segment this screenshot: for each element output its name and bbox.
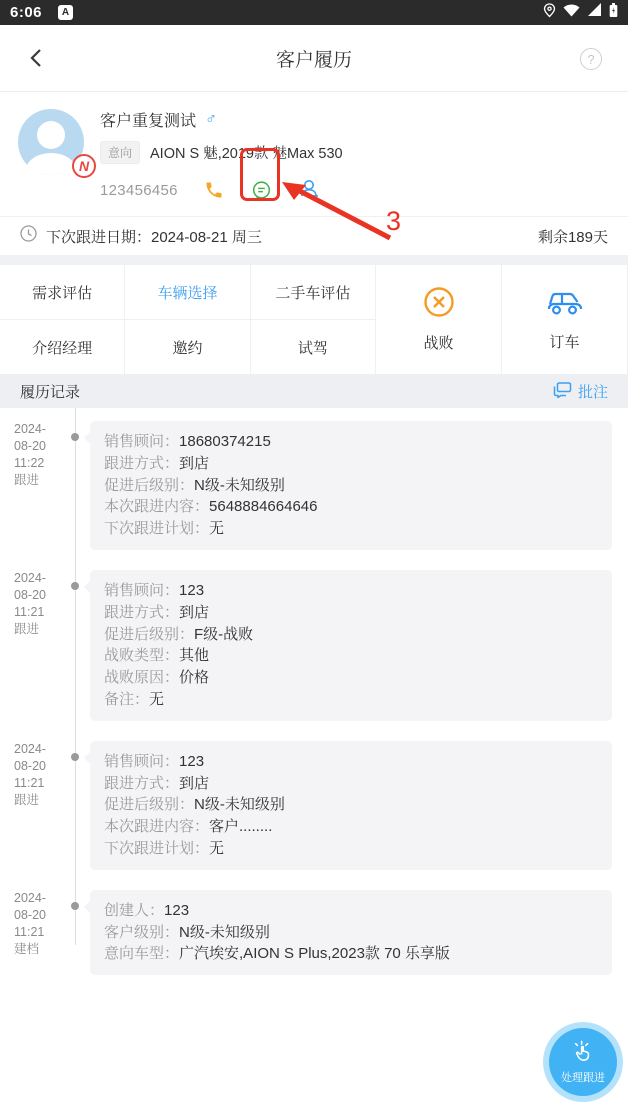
status-bar: 6:06 A — [0, 0, 628, 25]
timeline-dot — [71, 433, 79, 441]
followup-date-label: 下次跟进日期：2024-08-21 周三 — [46, 226, 262, 247]
car-icon — [546, 287, 584, 321]
history-timeline: 2024-08-20 11:22跟进 销售顾问：18680374215 跟进方式… — [0, 408, 628, 975]
timeline-entry: 2024-08-20 11:21跟进 销售顾问：123 跟进方式：到店 促进后级… — [0, 570, 628, 721]
entry-card[interactable]: 销售顾问：123 跟进方式：到店 促进后级别：N级-未知级别 本次跟进内容：客户… — [90, 741, 612, 870]
customer-name: 客户重复测试 — [100, 108, 196, 131]
wifi-icon — [563, 3, 580, 22]
remaining-days: 剩余189天 — [538, 226, 608, 247]
entry-field: 备注：无 — [104, 689, 598, 711]
handle-followup-fab[interactable]: 处理跟进 — [543, 1022, 623, 1102]
timeline-dot — [71, 582, 79, 590]
tab-demand-eval[interactable]: 需求评估 — [0, 265, 125, 320]
app-notification-icon: A — [58, 5, 73, 20]
order-car-label: 订车 — [549, 331, 579, 352]
entry-field: 销售顾问：123 — [104, 580, 598, 602]
customer-card: N 客户重复测试 ♂ 意向 AION S 魅,2019款 魅Max 530 12… — [0, 92, 628, 216]
annotate-label: 批注 — [578, 381, 608, 402]
intent-vehicle: AION S 魅,2019款 魅Max 530 — [150, 142, 343, 163]
entry-field: 客户级别：N级-未知级别 — [104, 922, 598, 944]
entry-field: 战败原因：价格 — [104, 667, 598, 689]
clock-time: 6:06 — [10, 4, 42, 21]
entry-field: 下次跟进计划：无 — [104, 838, 598, 860]
tab-vehicle-select[interactable]: 车辆选择 — [125, 265, 250, 320]
action-tab-grid: 需求评估 车辆选择 二手车评估 介绍经理 邀约 试驾 战败 订车 — [0, 265, 628, 375]
tab-usedcar-eval[interactable]: 二手车评估 — [251, 265, 376, 320]
entry-field: 销售顾问：18680374215 — [104, 431, 598, 453]
defeat-button[interactable]: 战败 — [376, 265, 502, 375]
clock-icon — [20, 225, 37, 247]
tap-hand-icon — [572, 1040, 594, 1067]
entry-field: 销售顾问：123 — [104, 751, 598, 773]
defeat-label: 战败 — [423, 332, 453, 353]
page-title: 客户履历 — [276, 45, 352, 72]
entry-card[interactable]: 销售顾问：18680374215 跟进方式：到店 促进后级别：N级-未知级别 本… — [90, 421, 612, 550]
entry-field: 战败类型：其他 — [104, 645, 598, 667]
entry-field: 下次跟进计划：无 — [104, 518, 598, 540]
section-divider — [0, 255, 628, 265]
order-car-button[interactable]: 订车 — [502, 265, 628, 375]
back-button[interactable] — [26, 47, 48, 69]
tab-test-drive[interactable]: 试驾 — [251, 320, 376, 375]
entry-field: 本次跟进内容：5648884664646 — [104, 496, 598, 518]
entry-field: 本次跟进内容：客户........ — [104, 816, 598, 838]
entry-field: 促进后级别：N级-未知级别 — [104, 475, 598, 497]
level-badge: N — [72, 154, 96, 178]
annotate-button[interactable]: 批注 — [553, 381, 608, 402]
entry-field: 跟进方式：到店 — [104, 453, 598, 475]
entry-field: 促进后级别：F级-战败 — [104, 624, 598, 646]
record-title: 履历记录 — [20, 381, 80, 402]
followup-row: 下次跟进日期：2024-08-21 周三 剩余189天 — [0, 216, 628, 255]
entry-datetime: 2024-08-20 11:21跟进 — [0, 570, 90, 721]
location-icon — [543, 3, 556, 23]
entry-field: 跟进方式：到店 — [104, 773, 598, 795]
comments-icon — [553, 382, 572, 402]
tab-invite[interactable]: 邀约 — [125, 320, 250, 375]
entry-card[interactable]: 销售顾问：123 跟进方式：到店 促进后级别：F级-战败 战败类型：其他 战败原… — [90, 570, 612, 721]
circle-x-icon — [423, 286, 455, 322]
page-header: 客户履历 ? — [0, 25, 628, 92]
record-header-bar: 履历记录 批注 — [0, 375, 628, 408]
timeline-entry: 2024-08-20 11:22跟进 销售顾问：18680374215 跟进方式… — [0, 421, 628, 550]
chat-icon[interactable] — [250, 178, 274, 202]
timeline-entry: 2024-08-20 11:21建档 创建人：123 客户级别：N级-未知级别 … — [0, 890, 628, 975]
timeline-dot — [71, 753, 79, 761]
timeline-dot — [71, 902, 79, 910]
contact-person-icon[interactable] — [298, 178, 322, 202]
signal-icon — [587, 3, 602, 22]
entry-field: 促进后级别：N级-未知级别 — [104, 794, 598, 816]
timeline-entry: 2024-08-20 11:21跟进 销售顾问：123 跟进方式：到店 促进后级… — [0, 741, 628, 870]
intent-badge: 意向 — [100, 141, 140, 164]
fab-label: 处理跟进 — [561, 1069, 605, 1085]
entry-card[interactable]: 创建人：123 客户级别：N级-未知级别 意向车型：广汽埃安,AION S Pl… — [90, 890, 612, 975]
tab-intro-manager[interactable]: 介绍经理 — [0, 320, 125, 375]
phone-icon[interactable] — [202, 178, 226, 202]
entry-field: 创建人：123 — [104, 900, 598, 922]
battery-charging-icon — [609, 3, 618, 23]
entry-field: 跟进方式：到店 — [104, 602, 598, 624]
entry-field: 意向车型：广汽埃安,AION S Plus,2023款 70 乐享版 — [104, 943, 598, 965]
help-button[interactable]: ? — [580, 48, 602, 70]
male-icon: ♂ — [205, 111, 217, 129]
customer-phone: 123456456 — [100, 182, 178, 199]
